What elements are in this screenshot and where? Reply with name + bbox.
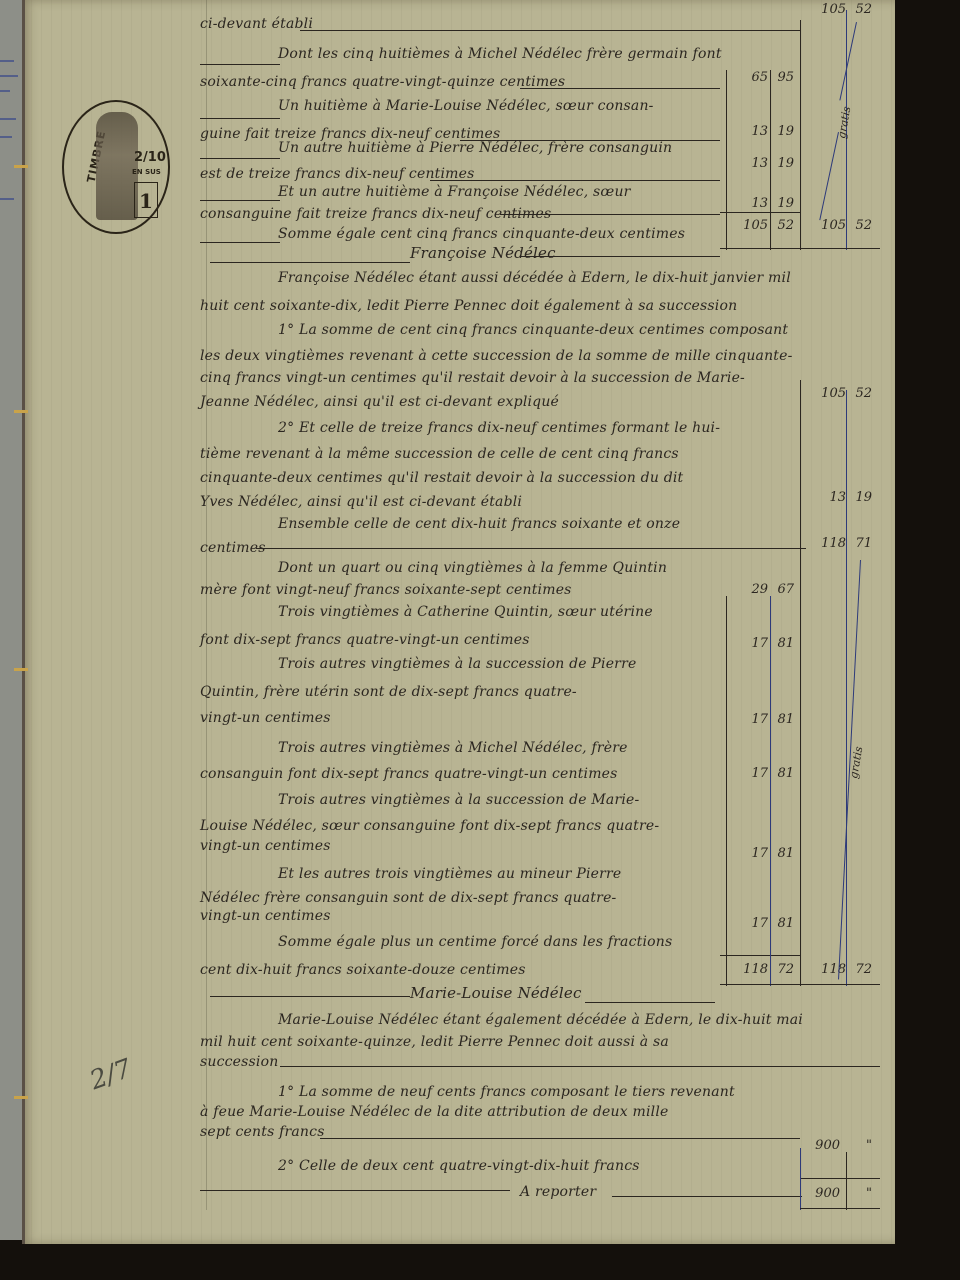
binding-stitch (14, 410, 28, 413)
ledger-line: Françoise Nédélec étant aussi décédée à … (278, 270, 791, 286)
column-rule (846, 1152, 847, 1210)
ledger-line: Trois autres vingtièmes à la succession … (278, 792, 639, 808)
ledger-line: Trois vingtièmes à Catherine Quintin, sœ… (278, 604, 653, 620)
stamp-value: 2/10 (134, 150, 166, 165)
line-rule (612, 1196, 802, 1197)
ledger-line: vingt-un centimes (200, 908, 331, 924)
ledger-line: vingt-un centimes (200, 838, 331, 854)
amount-francs: 13 (734, 156, 768, 171)
ledger-line: huit cent soixante-dix, ledit Pierre Pen… (200, 298, 737, 314)
amount-centimes: 19 (772, 156, 794, 171)
sub-francs: 17 (734, 766, 768, 781)
double-rule (720, 248, 880, 249)
binding-spine (22, 0, 25, 1244)
ledger-line: Marie-Louise Nédélec étant également déc… (278, 1012, 803, 1028)
total-centimes: 52 (772, 218, 794, 233)
amount-centimes: 19 (850, 490, 872, 505)
double-rule (800, 1208, 880, 1209)
subtotal-rule (800, 1178, 880, 1179)
ledger-line: Un huitième à Marie-Louise Nédélec, sœur… (278, 98, 654, 114)
ledger-line: font dix-sept francs quatre-vingt-un cen… (200, 632, 530, 648)
ledger-line: Somme égale plus un centime forcé dans l… (278, 934, 672, 950)
stamp-denomination: 1 (134, 182, 158, 218)
column-rule (726, 596, 727, 986)
double-rule (720, 984, 880, 985)
adjacent-page-mark (0, 118, 16, 120)
ledger-line: Louise Nédélec, sœur consanguine font di… (200, 818, 659, 834)
ledger-line: consanguin font dix-sept francs quatre-v… (200, 766, 618, 782)
sub-francs: 17 (734, 846, 768, 861)
heading-rule (585, 1002, 715, 1003)
ledger-line: mère font vingt-neuf francs soixante-sep… (200, 582, 572, 598)
carried-francs: 105 (812, 2, 846, 17)
adjacent-page-edge (0, 0, 24, 1240)
ledger-line: 1° La somme de neuf cents francs composa… (278, 1084, 735, 1100)
amount-francs: 105 (812, 386, 846, 401)
subtotal-rule (720, 955, 800, 956)
amount-centimes: " (850, 1138, 872, 1153)
line-rule (280, 1066, 880, 1067)
ledger-line: consanguine fait treize francs dix-neuf … (200, 206, 551, 222)
ledger-line: Un autre huitième à Pierre Nédélec, frèr… (278, 140, 672, 156)
sub-centimes: 81 (772, 916, 794, 931)
ledger-line: les deux vingtièmes revenant à cette suc… (200, 348, 793, 364)
amount-francs: 900 (806, 1138, 840, 1153)
sub-centimes: 81 (772, 846, 794, 861)
ledger-line: cent dix-huit francs soixante-douze cent… (200, 962, 526, 978)
sub-centimes: 81 (772, 636, 794, 651)
section-total-centimes: 72 (850, 962, 872, 977)
ledger-line: Quintin, frère utérin sont de dix-sept f… (200, 684, 577, 700)
ledger-line: soixante-cinq francs quatre-vingt-quinze… (200, 74, 565, 90)
ledger-line: 2° Celle de deux cent quatre-vingt-dix-h… (278, 1158, 640, 1174)
justice-figure-icon (96, 112, 138, 220)
ledger-line: Somme égale cent cinq francs cinquante-d… (278, 226, 685, 242)
sub-francs: 17 (734, 712, 768, 727)
ledger-line: vingt-un centimes (200, 710, 331, 726)
stamp-subtext: EN SUS (132, 168, 161, 176)
binding-stitch (14, 668, 28, 671)
amount-centimes: 19 (772, 124, 794, 139)
adjacent-page-mark (0, 90, 10, 92)
ledger-line: Jeanne Nédélec, ainsi qu'il est ci-devan… (200, 394, 559, 410)
sub-francs: 17 (734, 916, 768, 931)
ledger-line: cinq francs vingt-un centimes qu'il rest… (200, 370, 745, 386)
adjacent-page-mark (0, 136, 12, 138)
ledger-line: Trois autres vingtièmes à la succession … (278, 656, 636, 672)
amount-francs: 118 (812, 536, 846, 551)
line-rule (200, 1190, 510, 1191)
ledger-line: tième revenant à la même succession de c… (200, 446, 679, 462)
column-rule (770, 596, 771, 986)
subtotal-rule (720, 212, 800, 213)
column-rule (800, 380, 801, 986)
amount-centimes: 71 (850, 536, 872, 551)
section-heading: Françoise Nédélec (410, 244, 556, 262)
line-rule (200, 200, 280, 201)
ledger-line: Et un autre huitième à Françoise Nédélec… (278, 184, 631, 200)
section-total-francs: 118 (812, 962, 846, 977)
binding-stitch (14, 1096, 28, 1099)
column-rule (770, 70, 771, 250)
ledger-line: succession (200, 1054, 278, 1070)
ledger-line: à feue Marie-Louise Nédélec de la dite a… (200, 1104, 668, 1120)
section-total-centimes: 52 (850, 218, 872, 233)
ledger-line: Nédélec frère consanguin sont de dix-sep… (200, 890, 616, 906)
ledger-line: 2° Et celle de treize francs dix-neuf ce… (278, 420, 720, 436)
adjacent-page-mark (0, 60, 14, 62)
amount-francs: 13 (734, 196, 768, 211)
amount-centimes: 52 (850, 386, 872, 401)
line-rule (500, 214, 720, 215)
sub-francs: 17 (734, 636, 768, 651)
binding-stitch (14, 165, 28, 168)
line-rule (200, 118, 280, 119)
line-rule (200, 242, 280, 243)
heading-rule (210, 262, 410, 263)
amount-centimes: 19 (772, 196, 794, 211)
ledger-line: Dont les cinq huitièmes à Michel Nédélec… (278, 46, 722, 62)
sub-total-centimes: 72 (772, 962, 794, 977)
ledger-line: ci-devant établi (200, 16, 313, 32)
line-rule (320, 1138, 800, 1139)
column-rule (726, 70, 727, 250)
carry-forward-centimes: " (850, 1186, 872, 1201)
line-rule (520, 88, 720, 89)
line-rule (200, 64, 280, 65)
carry-forward-francs: 900 (806, 1186, 840, 1201)
sub-centimes: 81 (772, 712, 794, 727)
ledger-line: Dont un quart ou cinq vingtièmes à la fe… (278, 560, 667, 576)
amount-francs: 13 (734, 124, 768, 139)
adjacent-page-mark (0, 198, 14, 200)
ledger-line: Ensemble celle de cent dix-huit francs s… (278, 516, 680, 532)
line-rule (300, 30, 800, 31)
carried-centimes: 52 (850, 2, 872, 17)
line-rule (200, 158, 280, 159)
column-rule (800, 1148, 801, 1210)
heading-rule (520, 256, 720, 257)
carry-forward-label: A reporter (520, 1184, 596, 1200)
amount-centimes: 95 (772, 70, 794, 85)
line-rule (256, 548, 806, 549)
ledger-line: Yves Nédélec, ainsi qu'il est ci-devant … (200, 494, 522, 510)
column-rule (846, 390, 847, 986)
sub-centimes: 67 (772, 582, 794, 597)
heading-rule (210, 996, 410, 997)
amount-francs: 65 (734, 70, 768, 85)
adjacent-page-mark (0, 75, 18, 77)
amount-francs: 13 (812, 490, 846, 505)
section-heading: Marie-Louise Nédélec (410, 984, 582, 1002)
section-total-francs: 105 (812, 218, 846, 233)
sub-francs: 29 (734, 582, 768, 597)
ledger-line: Trois autres vingtièmes à Michel Nédélec… (278, 740, 628, 756)
column-rule (800, 20, 801, 250)
total-francs: 105 (734, 218, 768, 233)
ledger-line: mil huit cent soixante-quinze, ledit Pie… (200, 1034, 669, 1050)
ledger-line: cinquante-deux centimes qu'il restait de… (200, 470, 683, 486)
sub-centimes: 81 (772, 766, 794, 781)
ledger-line: Et les autres trois vingtièmes au mineur… (278, 866, 621, 882)
ledger-line: sept cents francs (200, 1124, 325, 1140)
tax-stamp: TIMBRE 2/10 EN SUS 1 (62, 100, 170, 234)
sub-total-francs: 118 (734, 962, 768, 977)
ledger-line: 1° La somme de cent cinq francs cinquant… (278, 322, 788, 338)
line-rule (430, 180, 720, 181)
